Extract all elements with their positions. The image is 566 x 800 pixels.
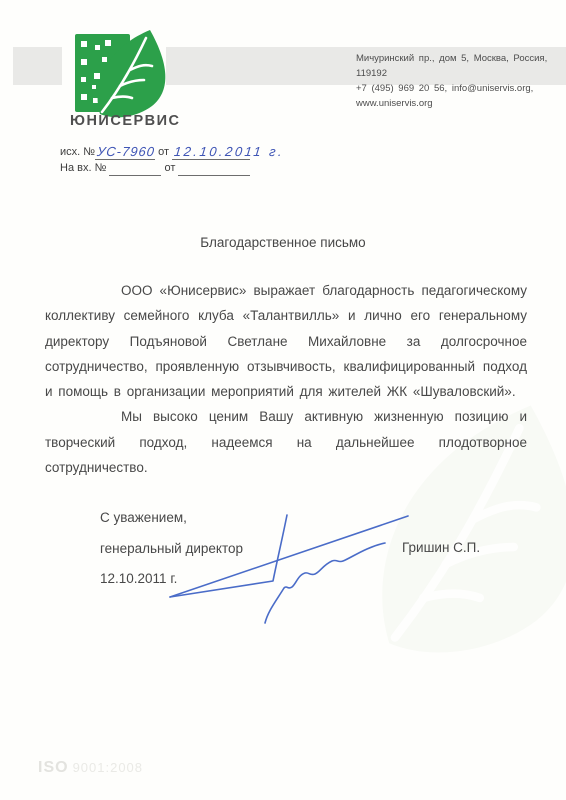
letter-title: Благодарственное письмо [0,235,566,250]
incoming-from-label: от [165,162,176,174]
outgoing-number-handwritten: УС-7960 [96,144,156,160]
incoming-number-underline [109,163,161,176]
outgoing-date-handwritten: 12.10.2011 г. [173,144,285,160]
address-line-1: Мичуринский пр., дом 5, Москва, Россия, … [356,51,566,81]
outgoing-ref-line: исх. №УС-7960 от 12.10.2011 г. [60,144,250,160]
outgoing-from-label: от [158,146,169,158]
incoming-date-underline [178,163,250,176]
signature-ink [160,495,440,630]
paragraph-1: ООО «Юнисервис» выражает благодарность п… [45,278,527,404]
letter-body: ООО «Юнисервис» выражает благодарность п… [45,278,527,480]
iso-value: 9001:2008 [73,760,143,775]
reference-block: исх. №УС-7960 от 12.10.2011 г. На вх. № … [60,144,250,176]
brand-name: ЮНИСЕРВИС [70,113,200,129]
outgoing-ref-label: исх. № [60,146,95,158]
outgoing-number-underline: УС-7960 [95,147,155,160]
incoming-ref-line: На вх. № от [60,160,250,176]
iso-certification: ISO9001:2008 [38,759,143,777]
company-address: Мичуринский пр., дом 5, Москва, Россия, … [356,51,566,111]
outgoing-date-underline: 12.10.2011 г. [172,147,250,160]
paragraph-2: Мы высоко ценим Вашу активную жизненную … [45,404,527,480]
incoming-ref-label: На вх. № [60,162,106,174]
iso-label: ISO [38,759,69,776]
letter-page: ЮНИСЕРВИС Мичуринский пр., дом 5, Москва… [0,0,566,800]
uniservis-logo-icon [72,28,178,120]
address-line-2: +7 (495) 969 20 56, info@uniservis.org, … [356,81,566,111]
